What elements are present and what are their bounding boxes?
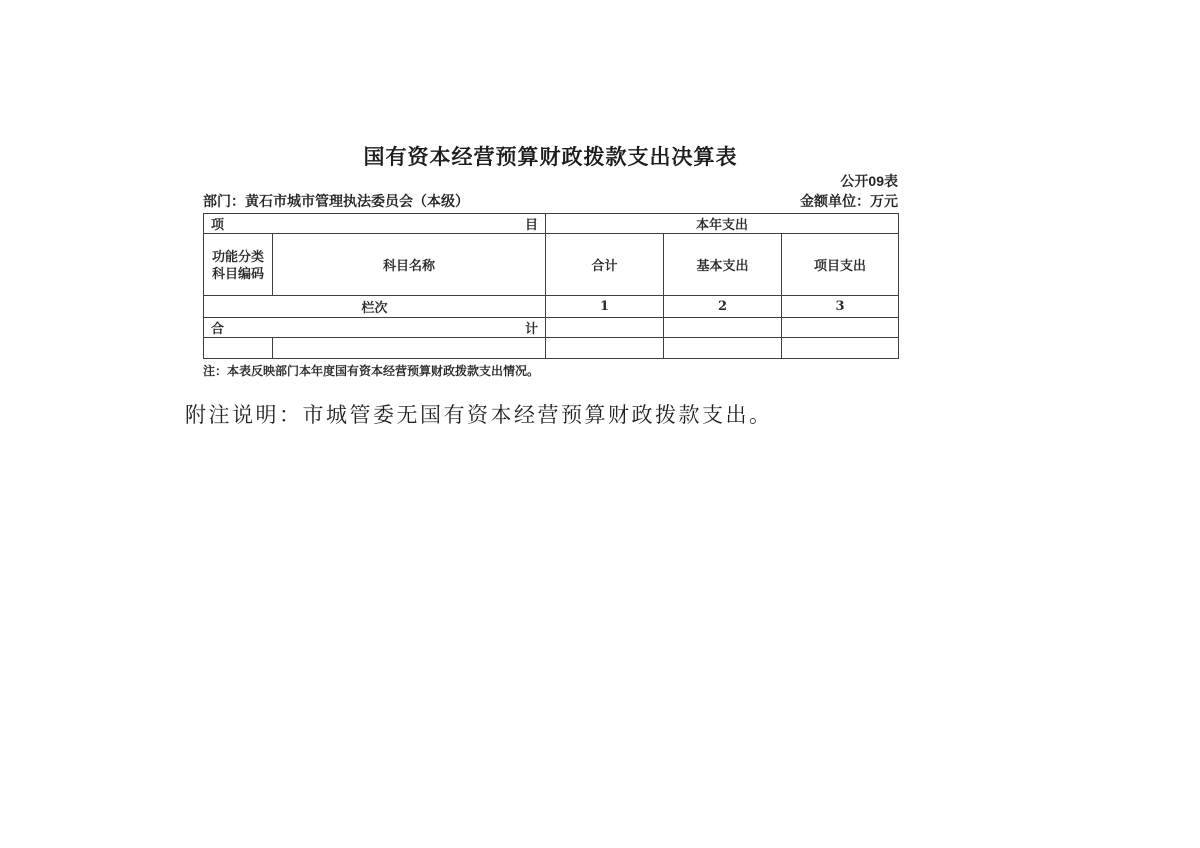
- total-value-total: [546, 318, 664, 338]
- total-value-basic: [664, 318, 782, 338]
- column-header-basic: 基本支出: [664, 234, 782, 296]
- total-label-left: 合: [211, 318, 224, 337]
- code-line2: 科目编码: [204, 265, 272, 282]
- table-row-total: 合 计: [204, 318, 899, 338]
- blank-code-cell: [204, 338, 273, 359]
- index-label-cell: 栏次: [204, 296, 546, 318]
- column-header-total: 合计: [546, 234, 664, 296]
- item-header-right: 目: [525, 214, 538, 233]
- item-header-left: 项: [211, 214, 224, 233]
- column-header-project: 项目支出: [782, 234, 899, 296]
- blank-project-cell: [782, 338, 899, 359]
- total-label-right: 计: [525, 318, 538, 337]
- code-line1: 功能分类: [204, 248, 272, 265]
- item-header-cell: 项 目: [204, 214, 546, 234]
- form-code-label: 公开09表: [203, 173, 898, 189]
- budget-table: 项 目 本年支出 功能分类 科目编码 科目名称 合计 基本支出 项目支出 栏次 …: [203, 213, 899, 359]
- blank-basic-cell: [664, 338, 782, 359]
- department-label: 部门：黄石市城市管理执法委员会（本级）: [203, 193, 469, 209]
- total-value-project: [782, 318, 899, 338]
- table-note: 注：本表反映部门本年度国有资本经营预算财政拨款支出情况。: [203, 364, 898, 379]
- index-col-3: 3: [782, 296, 899, 318]
- unit-label: 金额单位：万元: [800, 193, 898, 209]
- table-row-blank: [204, 338, 899, 359]
- total-label-cell: 合 计: [204, 318, 546, 338]
- meta-row: 部门：黄石市城市管理执法委员会（本级） 金额单位：万元: [203, 193, 898, 209]
- current-year-header-cell: 本年支出: [546, 214, 899, 234]
- column-header-subject: 科目名称: [273, 234, 546, 296]
- document-page: 国有资本经营预算财政拨款支出决算表 公开09表 部门：黄石市城市管理执法委员会（…: [203, 145, 898, 379]
- table-row-item-header: 项 目 本年支出: [204, 214, 899, 234]
- blank-subject-cell: [273, 338, 546, 359]
- page-title: 国有资本经营预算财政拨款支出决算表: [203, 145, 898, 170]
- index-col-1: 1: [546, 296, 664, 318]
- table-row-column-headers: 功能分类 科目编码 科目名称 合计 基本支出 项目支出: [204, 234, 899, 296]
- column-header-code: 功能分类 科目编码: [204, 234, 273, 296]
- table-row-index: 栏次 1 2 3: [204, 296, 899, 318]
- blank-total-cell: [546, 338, 664, 359]
- footnote-remark: 附注说明：市城管委无国有资本经营预算财政拨款支出。: [185, 403, 773, 428]
- index-col-2: 2: [664, 296, 782, 318]
